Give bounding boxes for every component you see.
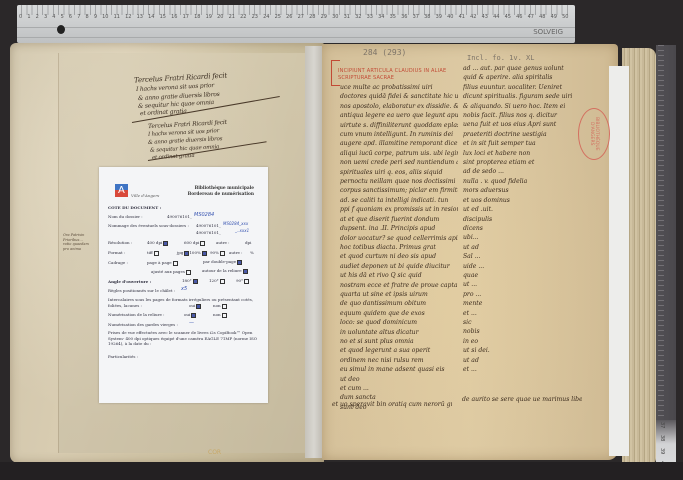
manuscript-line: nulla . v. quod fidelia [463, 177, 575, 186]
angle-120: 120° [209, 278, 225, 284]
angle-180: 180° [182, 278, 198, 284]
resolution-400: 400 dpi [147, 240, 168, 246]
ruler-number: 41 [459, 14, 465, 23]
manuscript-line: nos apostolo, elaboratur ex dissidie. & … [340, 102, 458, 111]
cadrage-reliure: autour de la reliure [202, 268, 248, 274]
ruler-brand: SOLVEIG [533, 28, 563, 36]
bottom-mark: COR [208, 449, 221, 456]
ruler-number: 10 [102, 14, 108, 23]
resolution-other: autre : [216, 240, 229, 245]
checkbox [222, 304, 227, 309]
ruler-number: 38 [659, 435, 665, 441]
cadrage-double: par double-page [203, 259, 242, 265]
checkbox [173, 261, 178, 266]
manuscript-line: uide ... [463, 262, 575, 271]
ruler-number: 40 [447, 14, 453, 23]
ruler-number: 47 [528, 14, 534, 23]
checkbox [220, 279, 225, 284]
manuscript-line: ut si dei. [463, 346, 575, 355]
ruler-number: 48 [539, 14, 545, 23]
ruler-number: 23 [252, 14, 258, 23]
format-jpg: jpg100% [177, 250, 207, 256]
manuscript-line: et cum ... [340, 384, 458, 393]
ruler-number: 12 [125, 14, 131, 23]
checkbox [222, 313, 227, 318]
manuscript-line: quarta ut sine et ipsis uirum [340, 290, 458, 299]
manuscript-line: dolor uocatur? se quod cellerrimis apis [340, 234, 458, 243]
format-other: autre : [229, 250, 242, 255]
ruler-number: 44 [493, 14, 499, 23]
checkbox-checked [191, 313, 196, 318]
capture-statement: Prises de vue effectuées avec le scanner… [108, 330, 260, 347]
institution: Bibliothèque municipale Bordereau de num… [188, 186, 254, 198]
side-ruler: 37 38 39 40 [656, 45, 676, 480]
manuscript-line: praeteriti doctrine uestigia [463, 130, 575, 139]
manuscript-line: uena fuit et uos eius Apri sunt [463, 120, 575, 129]
ruler-number: 43 [482, 14, 488, 23]
manuscript-line: dicunt spiritualis. figuram sede uiri [463, 92, 575, 101]
manuscript-line: corpus sanctissimum; piclar em firmitu [340, 186, 458, 195]
intercalaires-non: non [213, 303, 227, 309]
manuscript-line: equum quidem que de exos [340, 309, 458, 318]
margin-note: Ora Patrisin Prioribus... ratio quaedam … [63, 233, 89, 251]
ruler-number: 2 [36, 14, 39, 23]
ruler-number: 39 [436, 14, 442, 23]
checkbox [200, 241, 205, 246]
ruler-number: 50 [562, 14, 568, 23]
ruler-number: 31 [344, 14, 350, 23]
ruler-number: 15 [160, 14, 166, 23]
format-90: 90% [210, 250, 225, 256]
ruler-number: 8 [86, 14, 89, 23]
manuscript-line: & aliquando. Si uero hoc. Item ei [463, 102, 575, 111]
ruler-number: 37 [413, 14, 419, 23]
manuscript-line: et in sit fuit semper tua [463, 139, 575, 148]
manuscript-line: ut ed .uit. [463, 205, 575, 214]
manuscript-line: ut ad [463, 243, 575, 252]
manuscript-line: nostram ecce et fratre de proue capta [340, 281, 458, 290]
ruler-number: 39 [659, 448, 665, 454]
ruler-number: 45 [505, 14, 511, 23]
ruler-numbers: 0123456789101112131415161718192021222324… [19, 14, 569, 23]
resolution-600: 600 dpi [184, 240, 205, 246]
ruler-number: 33 [367, 14, 373, 23]
bottom-line: de aurito se sere quae ue marimus liberu… [462, 395, 582, 407]
checkbox [154, 251, 159, 256]
manuscript-line: uirtute s. diffiniliterunt quoddam eplas [340, 121, 458, 130]
manuscript-line: ad. se caliti ta intelligi indicati. tun [340, 196, 458, 205]
text-column-left: uce multe ac probatissimi uiridoctores q… [340, 83, 458, 413]
manuscript-line: sint propterea etiam et [463, 158, 575, 167]
manuscript-line: ad ... aut. par quae genus uolunt [463, 64, 575, 73]
ruler-number: 9 [94, 14, 97, 23]
manuscript-line: quae [463, 271, 575, 280]
gardes-label: Numérisation des gardes vierges : [108, 322, 178, 327]
ruler-number: 21 [229, 14, 235, 23]
ruler-number: 19 [206, 14, 212, 23]
resolution-label: Résolution : [108, 240, 132, 245]
manuscript-line: mente [463, 299, 575, 308]
dossier-prefix: 490076101_ [167, 214, 192, 219]
resolution-unit: dpi [245, 240, 251, 245]
library-stamp: BIBLIOTHÈQUE D'ANGERS [578, 108, 610, 160]
ruler-number: 25 [275, 14, 281, 23]
manuscript-line: sic [463, 318, 575, 327]
checkbox-checked [237, 260, 242, 265]
ruler-number: 14 [148, 14, 154, 23]
manuscript-line: spirituales uiri q. eos, aliis siquid [340, 168, 458, 177]
manuscript-line: et quod legerunt a sua operit [340, 346, 458, 355]
manuscript-line: filius euuntur. uocaliter. Ueniret [463, 83, 575, 92]
manuscript-line: pernoctu neillam quae nos doctissimi [340, 177, 458, 186]
manuscript-line: quid & aperire. alia spiritalis [463, 73, 575, 82]
checkbox-checked [202, 251, 207, 256]
angle-90: 90° [236, 278, 249, 284]
naming-value-2: _..xxx1 [235, 228, 249, 233]
ruler-number: 34 [378, 14, 384, 23]
manuscript-line: dupsent. ina .II. Principis apud [340, 224, 458, 233]
reliure-oui: oui [184, 312, 196, 318]
ruler-number: 27 [298, 14, 304, 23]
manuscript-line: mors aduersus [463, 186, 575, 195]
manuscript-line: discipulis [463, 215, 575, 224]
format-unit: % [250, 250, 254, 255]
ruler-number: 20 [217, 14, 223, 23]
manuscript-line: in eo [463, 337, 575, 346]
manuscript-line: in uoluntate altus dicatur [340, 328, 458, 337]
ruler-number: 6 [69, 14, 72, 23]
ruler-groove [17, 37, 575, 38]
background-band [0, 462, 683, 480]
checkbox-checked [243, 269, 248, 274]
margin-note-line: pro anima [63, 247, 89, 252]
manuscript-line: no et si sunt plus omnia [340, 337, 458, 346]
manuscript-line: ut ad [463, 356, 575, 365]
ruler-number: 30 [332, 14, 338, 23]
manuscript-line: ordinem nec nisi rulsu rem [340, 356, 458, 365]
manuscript-line: pro ... [463, 290, 575, 299]
manuscript-line: nobis [463, 327, 575, 336]
naming-value: MS0284_xxx [223, 221, 248, 226]
ruler-number: 16 [171, 14, 177, 23]
reliure-non: non [213, 312, 227, 318]
bottom-line: et uo speravit bin oratiq cum nerorū gui [332, 400, 452, 412]
manuscript-line: non uemi crede peri sed nuntiendum apur [340, 158, 458, 167]
cadrage-ajuste: ajusté aux pages [151, 269, 191, 275]
ruler-number: 49 [551, 14, 557, 23]
ruler-number: 0 [19, 14, 22, 23]
naming-prefix: 490076101_ [196, 223, 221, 228]
text-column-right: ad ... aut. par quae genus uoluntquid & … [463, 64, 575, 384]
cote-label: COTE DU DOCUMENT : [108, 205, 161, 210]
manuscript-line: et ... [463, 309, 575, 318]
regles-label: Règles positionnés sur le châlet : [108, 288, 175, 293]
manuscript-line: ut his dā et rivo Q sic quid [340, 271, 458, 280]
manuscript-line: augere apd. illamitine remporant dicere … [340, 139, 458, 148]
checkbox [244, 279, 249, 284]
ruler-hole [57, 25, 65, 34]
ruler-number: 13 [137, 14, 143, 23]
intercalaires-oui: oui [189, 303, 201, 309]
city-name: Ville d'Angers [131, 193, 159, 198]
ruler-number: 4 [52, 14, 55, 23]
manuscript-line: ad de sedo ... [463, 167, 575, 176]
rubric-line: SCRIPTURAE SACRAE [338, 75, 394, 81]
ruler-number: 1 [27, 14, 30, 23]
cadrage-page: page à page [147, 260, 178, 266]
ruler-number: 5 [61, 14, 64, 23]
dossier-label: Nom du dossier : [108, 214, 143, 219]
manuscript-line: et cum filiis in cendi sumet [340, 412, 458, 413]
format-tiff: tiff [147, 250, 159, 256]
ruler-number: 42 [470, 14, 476, 23]
manuscript-line: lux loci et habere non [463, 149, 575, 158]
checkbox [186, 270, 191, 275]
city-logo: A [115, 184, 128, 197]
gardes-value: — [189, 320, 194, 326]
manuscript-line: hoc totibus diacta. Primus grat [340, 243, 458, 252]
backing-paper [609, 66, 629, 456]
top-ruler: 0123456789101112131415161718192021222324… [17, 5, 575, 43]
ruler-number: 22 [240, 14, 246, 23]
digitization-control-sheet: A Ville d'Angers Bibliothèque municipale… [99, 167, 268, 403]
manuscript-line: dicens [463, 224, 575, 233]
regles-value: x5 [181, 286, 187, 292]
checkbox-checked [193, 279, 198, 284]
ruler-number: 18 [194, 14, 200, 23]
ruler-number: 37 [659, 422, 665, 428]
checkbox [220, 251, 225, 256]
ruler-number: 38 [424, 14, 430, 23]
ruler-number: 24 [263, 14, 269, 23]
format-label: Format : [108, 250, 125, 255]
manuscript-line: Sal ... [463, 252, 575, 261]
manuscript-line: eu simul in mane adsent quasi eis [340, 365, 458, 374]
margin-note-line: ratio quaedam [63, 242, 89, 247]
naming-prefix-2: 490076101_ [196, 230, 221, 235]
naming-label: Nommage des éventuels sous-dossiers : [108, 223, 189, 228]
manuscript-line: loco: se quod dominicum [340, 318, 458, 327]
particularites-label: Particularités : [108, 354, 138, 359]
manuscript-line: at et que diserit fuerint dondum [340, 215, 458, 224]
ruler-number: 46 [516, 14, 522, 23]
ruler-number: 28 [309, 14, 315, 23]
manuscript-line: nobis facit. filius nos q. dicitur [463, 111, 575, 120]
checkbox-checked [163, 241, 168, 246]
ruler-number: 26 [286, 14, 292, 23]
ruler-number: 11 [114, 14, 120, 23]
manuscript-line: doctores quidā fidei & sanctitate hic ue… [340, 92, 458, 101]
gutter [305, 46, 323, 458]
manuscript-line: et ... [463, 365, 575, 374]
folio-note: Incl. fo. 1v. XL [467, 54, 534, 62]
manuscript-line: ut ... [463, 280, 575, 289]
ruler-number: 35 [390, 14, 396, 23]
ruler-groove [17, 27, 575, 28]
ruler-number: 32 [355, 14, 361, 23]
ruler-number: 7 [77, 14, 80, 23]
manuscript-line: et quod curtum ni deo sis apud [340, 252, 458, 261]
ruler-ticks [658, 45, 664, 480]
shelfmark-pencil: 284 (293) [363, 48, 406, 57]
manuscript-line: cum vnum intelligunt. In ruminis dei [340, 130, 458, 139]
manuscript-line: ut deo [340, 375, 458, 384]
dossier-value: MS0284 [194, 212, 214, 218]
manuscript-line: et uos dominus [463, 196, 575, 205]
manuscript-line: de quo dantissimum obitum [340, 299, 458, 308]
ruler-number: 36 [401, 14, 407, 23]
ruler-number: 29 [321, 14, 327, 23]
ruler-number: 3 [44, 14, 47, 23]
manuscript-line: aliqui iucū corpe, patrum uis. ubi legim… [340, 149, 458, 158]
manuscript-line: antiqua legere ea uero que legunt apud d… [340, 111, 458, 120]
intercalaires-label: Intercalaires sous les pages de formats … [108, 297, 258, 308]
ruler-number: 17 [183, 14, 189, 23]
checkbox-checked [196, 304, 201, 309]
manuscript-line: uce multe ac probatissimi uiri [340, 83, 458, 92]
manuscript-line: ppi f quoniam ex promissis ut in resiond… [340, 205, 458, 214]
rubric-line: INCIPIUNT ARTICULA CLAUDIUS IN ALIAE [338, 68, 446, 74]
reliure-label: Numérisation de la reliure : [108, 312, 164, 317]
manuscript-line: audiet deponen ut bi quide diucitur [340, 262, 458, 271]
manuscript-line: ubi... [463, 233, 575, 242]
cadrage-label: Cadrage : [108, 260, 128, 265]
angle-label: Angle d'ouverture : [108, 279, 151, 284]
